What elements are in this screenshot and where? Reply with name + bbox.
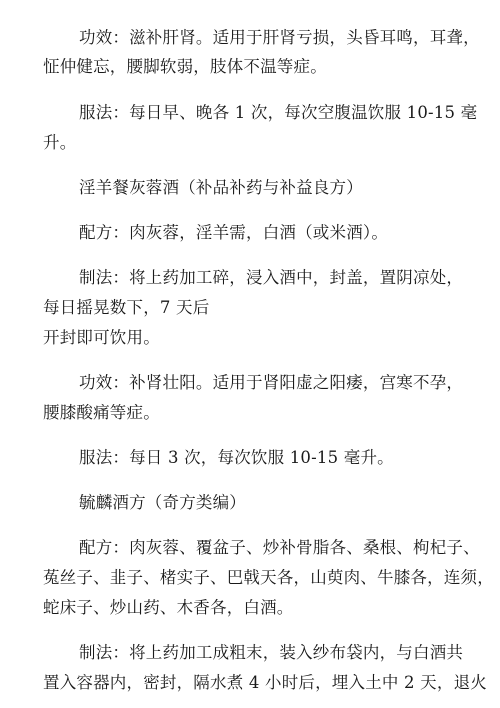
- dosage-2: 服法：每日 3 次，每次饮服 10-15 毫升。: [79, 448, 394, 468]
- preparation-2-line-1: 制法：将上药加工成粗末，装入纱布袋内，与白酒共: [79, 643, 463, 663]
- preparation-2-line-2: 置入容器内，密封，隔水煮 4 小时后，埋入土中 2 天，退火: [43, 673, 487, 693]
- formula-1: 配方：肉灰蓉，淫羊需，白酒（或米酒）。: [79, 223, 388, 243]
- efficacy-1-line-2: 怔仲健忘，腰脚软弱，肢体不温等症。: [43, 57, 327, 77]
- preparation-1-line-3: 开封即可饮用。: [43, 328, 160, 348]
- preparation-1-line-1: 制法：将上药加工碎，浸入酒中，封盖，置阴凉处，: [79, 268, 463, 288]
- efficacy-2-line-1: 功效：补肾壮阳。适用于肾阳虚之阳痿，宫寒不孕，: [79, 373, 463, 393]
- formula-2-line-2: 菟丝子、韭子、楮实子、巴戟天各，山萸肉、牛膝各，连须，: [43, 568, 494, 588]
- preparation-1-line-2: 每日摇晃数下，7 天后: [43, 298, 209, 318]
- efficacy-2-line-2: 腰膝酸痛等症。: [43, 403, 160, 423]
- efficacy-1-line-1: 功效：滋补肝肾。适用于肝肾亏损，头昏耳鸣，耳聋，: [79, 28, 480, 48]
- formula-2-line-3: 蛇床子、炒山药、木香各，白酒。: [43, 598, 294, 618]
- formula-2-line-1: 配方：肉灰蓉、覆盆子、炒补骨脂各、桑根、枸杞子、: [79, 538, 480, 558]
- recipe-title-1: 淫羊餐灰蓉酒（补品补药与补益良方）: [79, 178, 363, 198]
- dosage-1-line-2: 升。: [43, 133, 76, 153]
- recipe-title-2: 毓麟酒方（奇方类编）: [79, 493, 246, 513]
- dosage-1-line-1: 服法：每日早、晚各 1 次，每次空腹温饮服 10-15 毫: [79, 103, 477, 123]
